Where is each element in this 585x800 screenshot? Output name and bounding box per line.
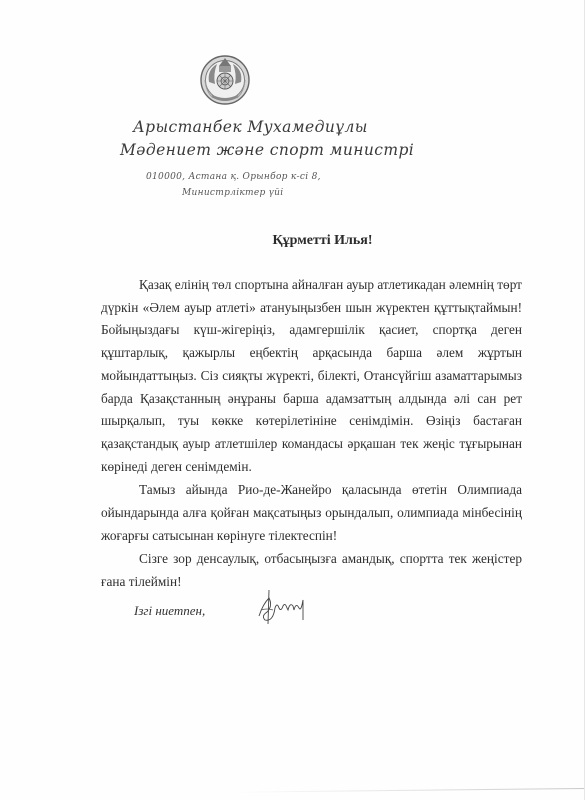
sender-name: Арыстанбек Мухамедиұлы: [133, 118, 368, 136]
state-emblem-icon: [199, 52, 251, 108]
scan-edge-line: [230, 788, 585, 793]
address-line-1: 010000, Астана қ. Орынбор к-сі 8,: [146, 172, 321, 182]
closing-phrase: Ізгі ниетпен,: [134, 603, 205, 619]
address-line-2: Министрліктер үйі: [182, 188, 283, 198]
signature-icon: [255, 586, 315, 626]
letter-page: Арыстанбек Мухамедиұлы Мәдениет және спо…: [0, 0, 585, 800]
letter-body: Қазақ елінің төл спортына айналған ауыр …: [101, 274, 522, 594]
paragraph-congratulations: Қазақ елінің төл спортына айналған ауыр …: [101, 274, 522, 478]
sender-title: Мәдениет және спорт министрі: [120, 141, 414, 159]
paragraph-olympics-wish: Тамыз айында Рио-де-Жанейро қаласында өт…: [101, 479, 522, 547]
salutation: Құрметті Илья!: [0, 233, 585, 249]
